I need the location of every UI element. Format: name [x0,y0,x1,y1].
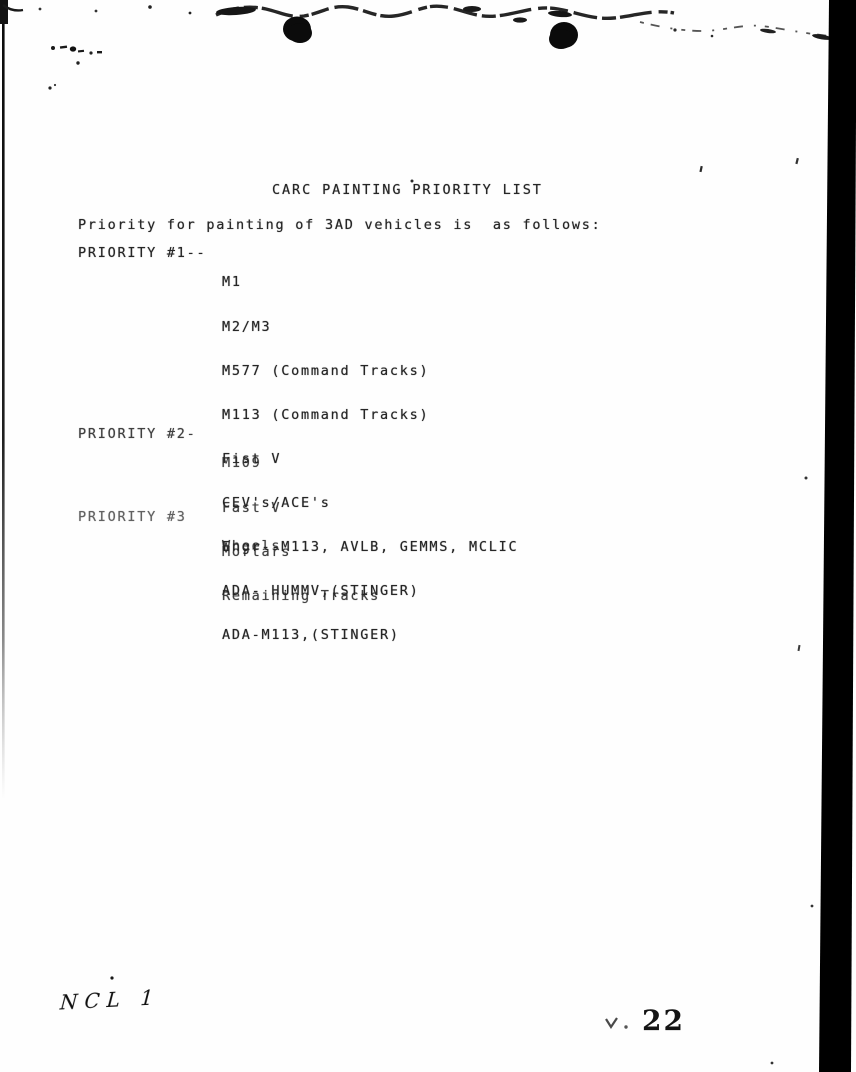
list-item: M1 [222,275,518,290]
left-scan-line [0,0,23,800]
scan-noise-top [39,5,840,41]
handwritten-note: NCL 1 [59,985,161,1014]
priority-3-label: PRIORITY #3 [78,510,187,525]
list-item: M113 (Command Tracks) [222,408,518,423]
intro-line: Priority for painting of 3AD vehicles is… [78,218,602,233]
right-margin-specks [771,158,839,1065]
ink-specks [48,45,702,182]
list-item: Wheels [222,539,281,554]
priority-3-items: Wheels [222,510,281,584]
list-item: M2/M3 [222,320,518,335]
check-smudge-mark [110,976,627,1028]
priority-2-label: PRIORITY #2- [78,427,197,442]
right-scan-bar [819,0,856,1072]
list-item: M577 (Command Tracks) [222,364,518,379]
scanned-page: CARC PAINTING PRIORITY LIST Priority for… [0,0,856,1072]
page-number: 22 [642,1004,685,1037]
page-title: CARC PAINTING PRIORITY LIST [272,183,543,198]
list-item: M109 [222,456,380,471]
list-item: Remaining Tracks [222,589,380,604]
hole-punch-marks [283,17,578,50]
priority-1-label: PRIORITY #1-- [78,246,206,261]
